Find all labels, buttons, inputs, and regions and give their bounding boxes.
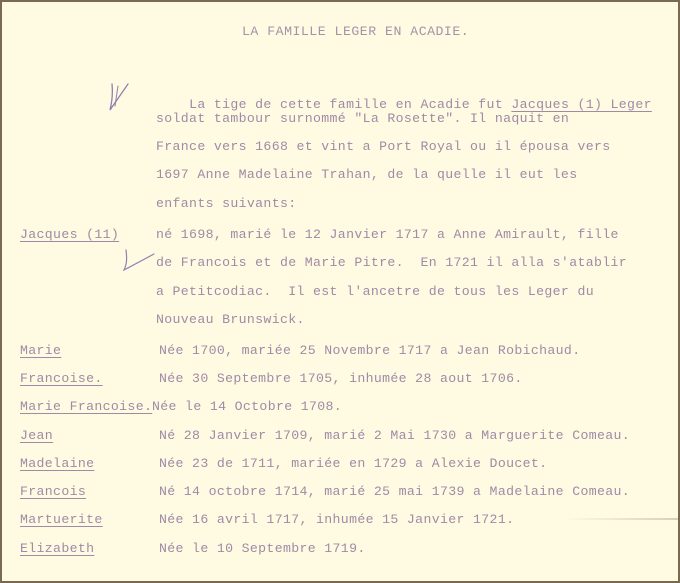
- child-details-jean: Né 28 Janvier 1709, marié 2 Mai 1730 a M…: [159, 428, 630, 443]
- child-name-francois: Francois: [20, 484, 86, 499]
- entry-label-jacques-ii: Jacques (11): [20, 227, 119, 242]
- child-name-elizabeth: Elizabeth: [20, 541, 94, 556]
- intro-line-2: soldat tambour surnommé "La Rosette". Il…: [156, 111, 569, 126]
- child-name-madelaine: Madelaine: [20, 456, 94, 471]
- child-details-elizabeth: Née le 10 Septembre 1719.: [159, 541, 366, 556]
- document-page: LA FAMILLE LEGER EN ACADIE. La tige de c…: [0, 0, 680, 583]
- child-details-francois: Né 14 octobre 1714, marié 25 mai 1739 a …: [159, 484, 630, 499]
- child-details-marie-francoise: Née le 14 Octobre 1708.: [152, 399, 342, 414]
- jacques-ii-line-2: de Francois et de Marie Pitre. En 1721 i…: [156, 255, 627, 270]
- child-name-jean: Jean: [20, 428, 53, 443]
- document-title: LA FAMILLE LEGER EN ACADIE.: [242, 24, 469, 39]
- child-name-francoise: Francoise.: [20, 371, 103, 386]
- intro-line-5: enfants suivants:: [156, 196, 296, 211]
- child-details-madelaine: Née 23 de 1711, mariée en 1729 a Alexie …: [159, 456, 547, 471]
- child-name-marguerite: Martuerite: [20, 512, 103, 527]
- child-details-marguerite: Née 16 avril 1717, inhumée 15 Janvier 17…: [159, 512, 514, 527]
- paper-fold-mark: [562, 518, 678, 520]
- child-name-marie-francoise: Marie Francoise.: [20, 399, 152, 414]
- intro-line-4: 1697 Anne Madelaine Trahan, de la quelle…: [156, 167, 577, 182]
- ancestor-name: Jacques (1) Leger: [511, 97, 651, 112]
- checkmark-icon: [106, 80, 148, 114]
- child-details-francoise: Née 30 Septembre 1705, inhumée 28 aout 1…: [159, 371, 523, 386]
- intro-line-1-text: La tige de cette famille en Acadie fut: [189, 97, 511, 112]
- child-details-marie: Née 1700, mariée 25 Novembre 1717 a Jean…: [159, 343, 580, 358]
- jacques-ii-line-4: Nouveau Brunswick.: [156, 312, 305, 327]
- child-name-marie: Marie: [20, 343, 61, 358]
- jacques-ii-line-3: a Petitcodiac. Il est l'ancetre de tous …: [156, 284, 594, 299]
- jacques-ii-line-1: né 1698, marié le 12 Janvier 1717 a Anne…: [156, 227, 619, 242]
- intro-line-3: France vers 1668 et vint a Port Royal ou…: [156, 139, 611, 154]
